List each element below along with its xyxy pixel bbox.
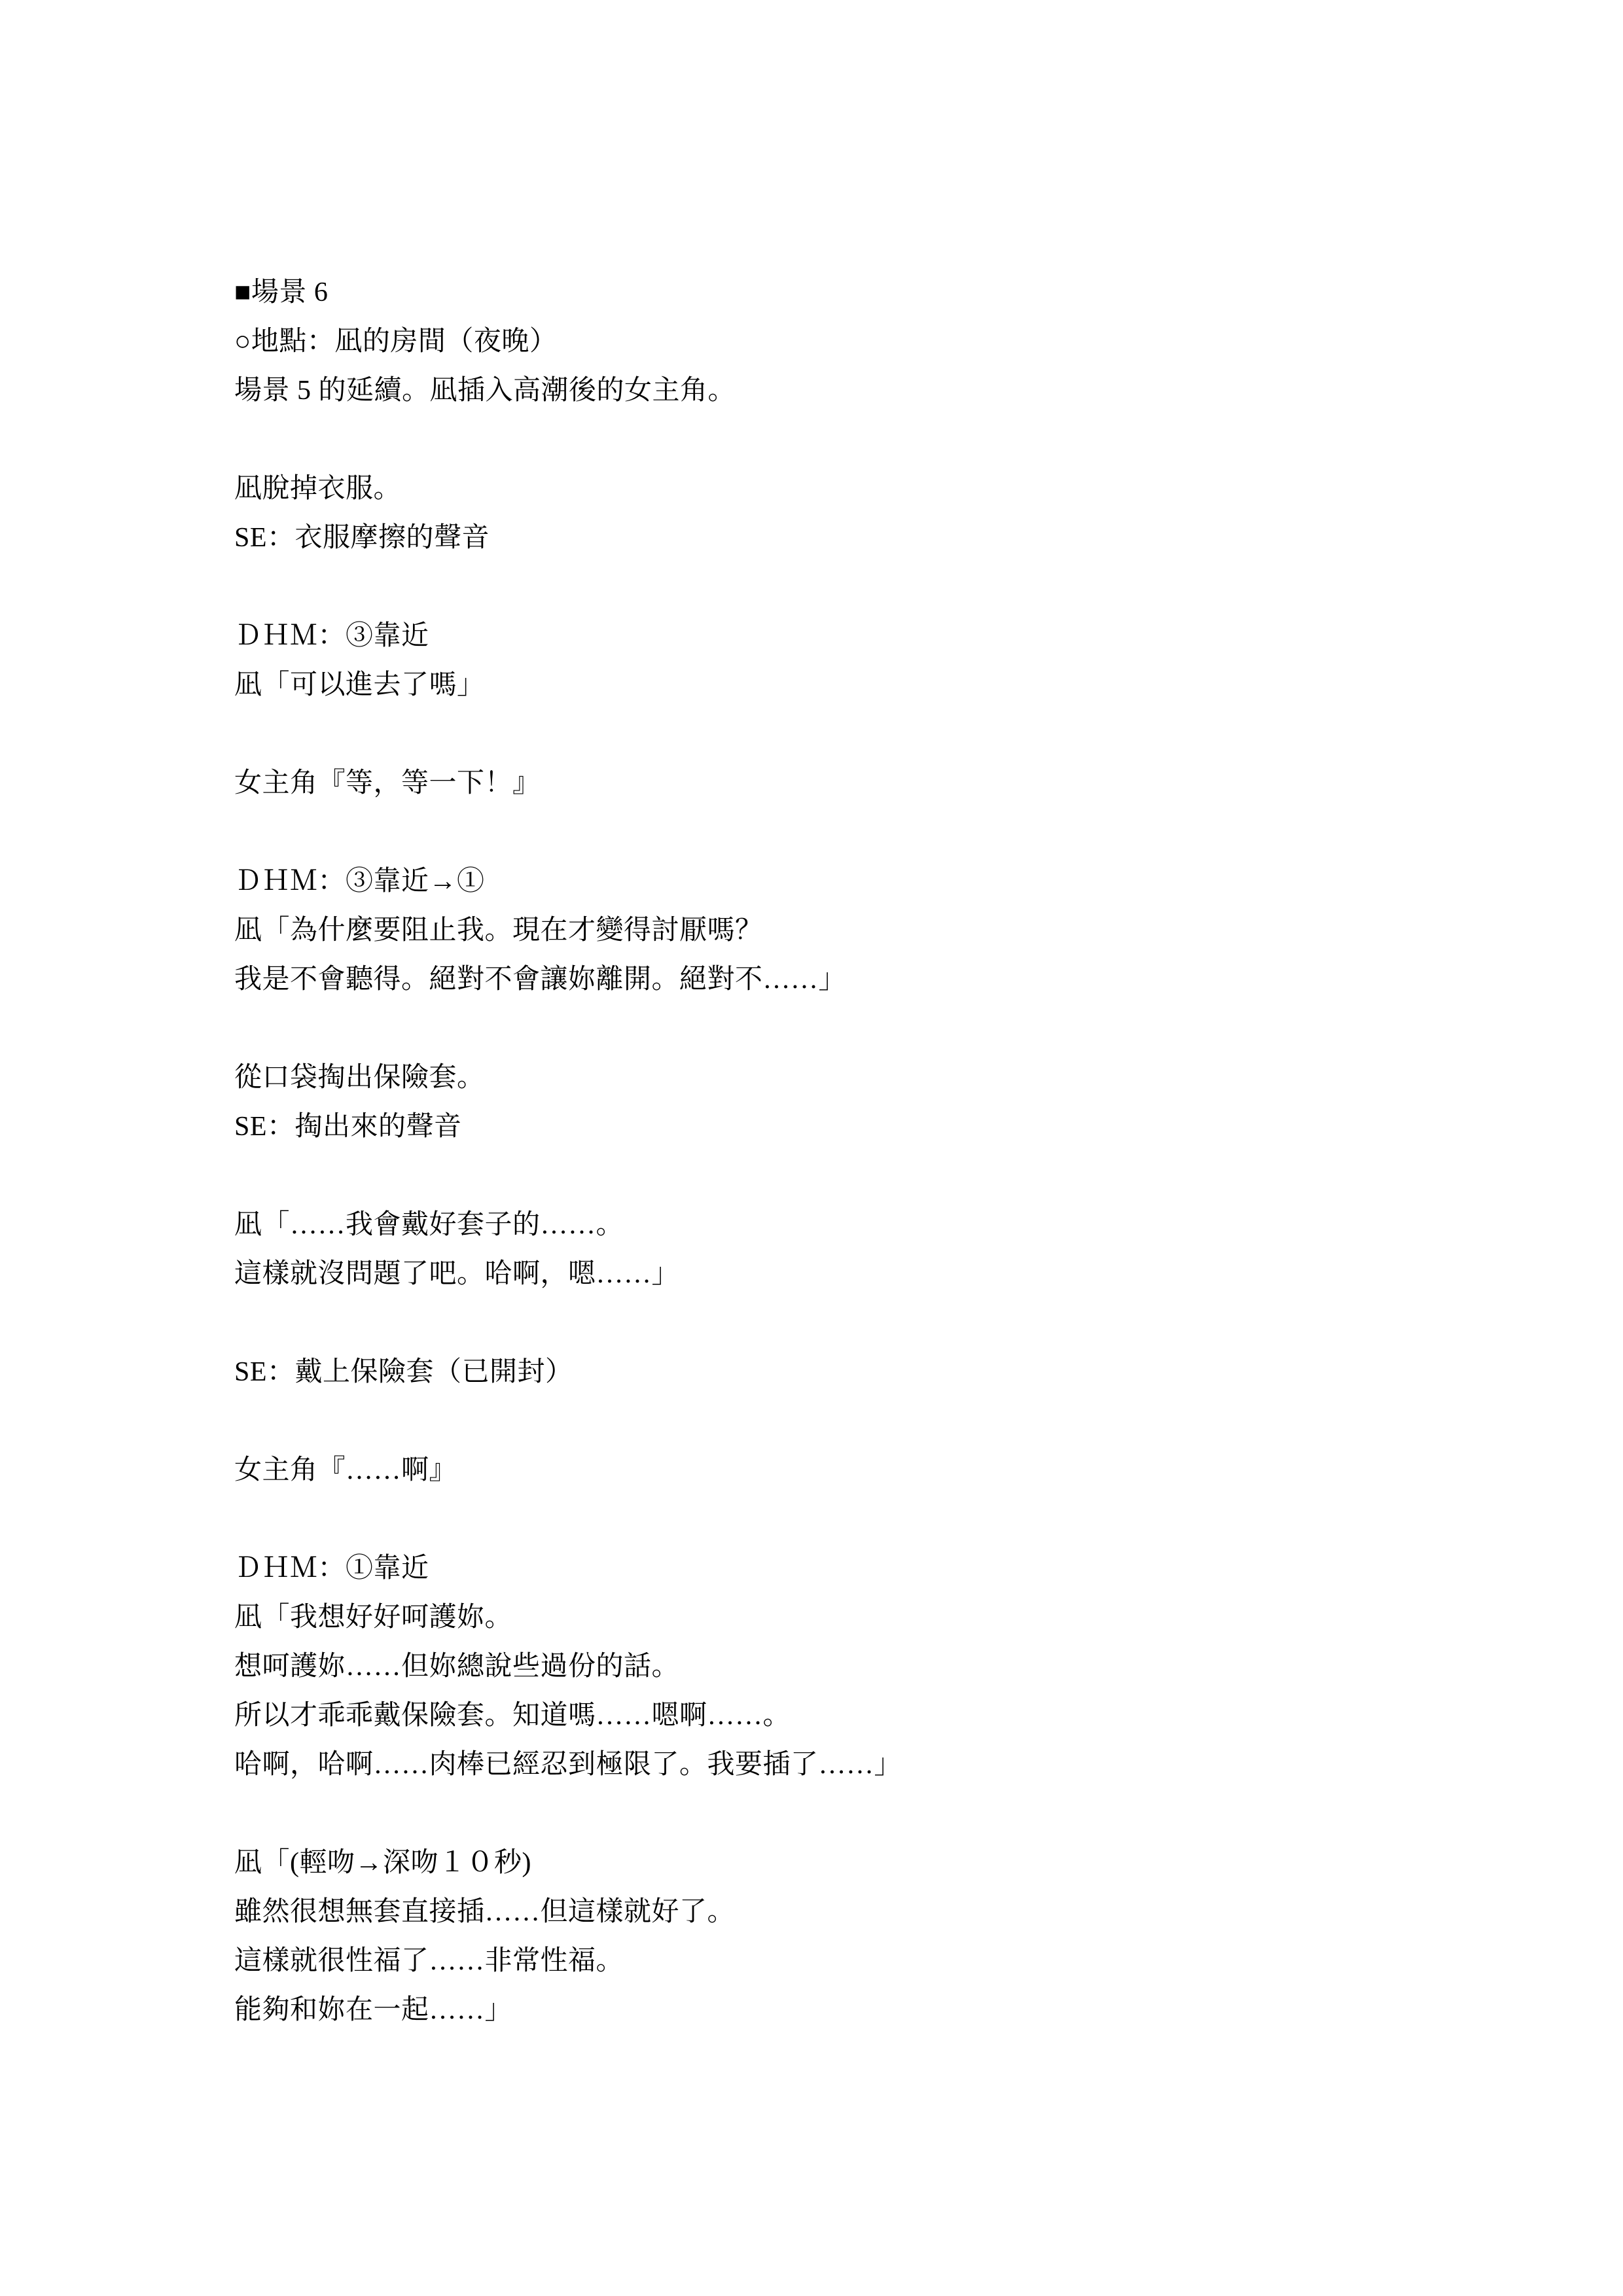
script-line: ○地點：凪的房間（夜晚） [234, 317, 1530, 366]
blank-line [234, 563, 1530, 612]
script-line: 想呵護妳……但妳總說些過份的話。 [234, 1642, 1530, 1691]
blank-line [234, 1495, 1530, 1544]
blank-line [234, 710, 1530, 759]
script-line: 從口袋掏出保險套。 [234, 1053, 1530, 1103]
script-line: 女主角『等，等一下！』 [234, 759, 1530, 808]
script-line: 所以才乖乖戴保險套。知道嗎……嗯啊……。 [234, 1691, 1530, 1740]
script-text-block: ■場景 6○地點：凪的房間（夜晚）場景 5 的延續。凪插入高潮後的女主角。凪脫掉… [234, 268, 1530, 2035]
script-line: 凪脫掉衣服。 [234, 465, 1530, 514]
script-line: 哈啊，哈啊……肉棒已經忍到極限了。我要插了……」 [234, 1740, 1530, 1790]
script-line: SE：戴上保險套（已開封） [234, 1348, 1530, 1397]
script-line: ■場景 6 [234, 268, 1530, 317]
document-page: ■場景 6○地點：凪的房間（夜晚）場景 5 的延續。凪插入高潮後的女主角。凪脫掉… [0, 0, 1623, 2296]
script-line: 能夠和妳在一起……」 [234, 1986, 1530, 2035]
blank-line [234, 1004, 1530, 1053]
script-line: 凪「我想好好呵護妳。 [234, 1593, 1530, 1642]
script-line: SE：衣服摩擦的聲音 [234, 514, 1530, 563]
blank-line [234, 1397, 1530, 1446]
blank-line [234, 1790, 1530, 1839]
script-line: 凪「(輕吻→深吻１０秒) [234, 1839, 1530, 1888]
script-line: SE：掏出來的聲音 [234, 1103, 1530, 1152]
script-line: 這樣就很性福了……非常性福。 [234, 1937, 1530, 1986]
script-line: 雖然很想無套直接插……但這樣就好了。 [234, 1888, 1530, 1937]
script-line: ＤＨＭ：③靠近 [234, 612, 1530, 661]
script-line: 凪「為什麼要阻止我。現在才變得討厭嗎？ [234, 906, 1530, 955]
script-line: 這樣就沒問題了吧。哈啊，嗯……」 [234, 1250, 1530, 1299]
script-line: ＤＨＭ：①靠近 [234, 1544, 1530, 1593]
script-line: 場景 5 的延續。凪插入高潮後的女主角。 [234, 366, 1530, 415]
script-line: ＤＨＭ：③靠近→① [234, 857, 1530, 906]
blank-line [234, 1299, 1530, 1348]
script-line: 凪「可以進去了嗎」 [234, 661, 1530, 710]
blank-line [234, 808, 1530, 857]
script-line: 女主角『……啊』 [234, 1446, 1530, 1495]
script-line: 我是不會聽得。絕對不會讓妳離開。絕對不……」 [234, 955, 1530, 1004]
blank-line [234, 415, 1530, 465]
script-line: 凪「……我會戴好套子的……。 [234, 1201, 1530, 1250]
blank-line [234, 1152, 1530, 1201]
